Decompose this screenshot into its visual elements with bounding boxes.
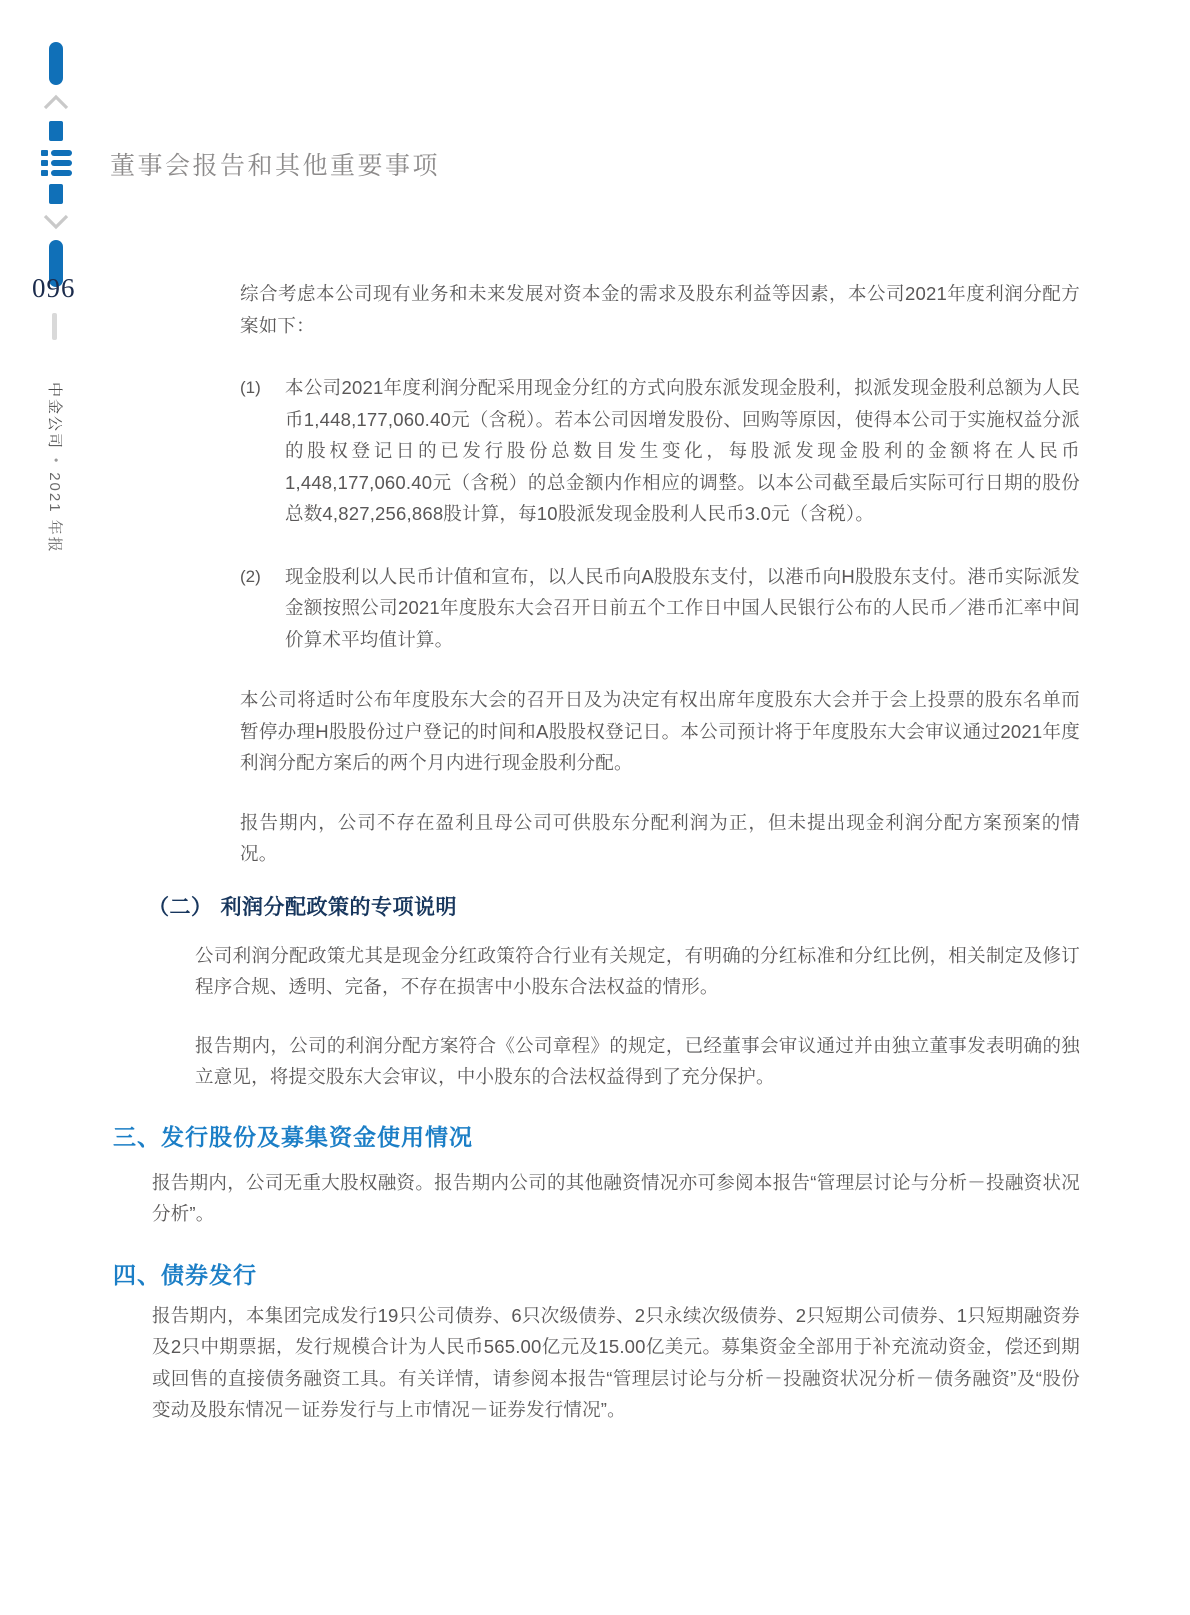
chevron-down-icon	[42, 213, 70, 231]
sidebar-top-bar	[49, 42, 63, 85]
section-2-heading: （二） 利润分配政策的专项说明	[148, 893, 1080, 923]
main-content: 综合考虑本公司现有业务和未来发展对资本金的需求及股东利益等因素，本公司2021年…	[113, 278, 1080, 1426]
page-number-tick	[52, 313, 57, 340]
report-edition: 2021 年报	[46, 472, 63, 554]
list-line	[51, 150, 72, 156]
brand-name: 中金公司	[46, 382, 63, 450]
sidebar-square-bottom	[49, 184, 63, 204]
section-4-paragraph: 报告期内，本集团完成发行19只公司债券、6只次级债券、2只永续次级债券、2只短期…	[152, 1300, 1080, 1426]
section-3-heading: 三、发行股份及募集资金使用情况	[113, 1120, 1080, 1154]
list-line	[51, 170, 72, 176]
section-4-heading: 四、债券发行	[113, 1258, 1080, 1292]
list-bullet	[41, 150, 48, 156]
list-line	[51, 160, 72, 166]
section-2-paragraph-1: 公司利润分配政策尤其是现金分红政策符合行业有关规定，有明确的分红标准和分红比例，…	[195, 940, 1080, 1003]
item-1-marker: (1)	[240, 372, 285, 530]
list-icon-row	[41, 170, 72, 176]
section-3-paragraph: 报告期内，公司无重大股权融资。报告期内公司的其他融资情况亦可参阅本报告“管理层讨…	[152, 1167, 1080, 1230]
numbered-item-2: (2) 现金股利以人民币计值和宣布，以人民币向A股股东支付，以港币向H股股东支付…	[240, 561, 1080, 656]
list-icon-row	[41, 160, 72, 166]
agm-paragraph: 本公司将适时公布年度股东大会的召开日及为决定有权出席年度股东大会并于会上投票的股…	[240, 684, 1080, 779]
page-number: 096	[32, 273, 76, 304]
list-icon-row	[41, 150, 72, 156]
item-2-text: 现金股利以人民币计值和宣布，以人民币向A股股东支付，以港币向H股股东支付。港币实…	[285, 561, 1080, 656]
chevron-up-icon	[42, 93, 70, 111]
numbered-item-1: (1) 本公司2021年度利润分配采用现金分红的方式向股东派发现金股利，拟派发现…	[240, 372, 1080, 530]
list-bullet	[41, 160, 48, 166]
brand-vertical-text: 中金公司•2021 年报	[45, 382, 66, 554]
item-2-marker: (2)	[240, 561, 285, 656]
chapter-title: 董事会报告和其他重要事项	[110, 146, 440, 182]
intro-paragraph: 综合考虑本公司现有业务和未来发展对资本金的需求及股东利益等因素，本公司2021年…	[240, 278, 1080, 341]
section-2-title: 利润分配政策的专项说明	[221, 893, 458, 923]
item-1-text: 本公司2021年度利润分配采用现金分红的方式向股东派发现金股利，拟派发现金股利总…	[285, 372, 1080, 530]
list-icon	[41, 150, 72, 176]
brand-separator-dot: •	[49, 458, 63, 464]
list-bullet	[41, 170, 48, 176]
section-2-paragraph-2: 报告期内，公司的利润分配方案符合《公司章程》的规定，已经董事会审议通过并由独立董…	[195, 1030, 1080, 1093]
section-2-marker: （二）	[148, 893, 213, 923]
report-period-paragraph: 报告期内，公司不存在盈利且母公司可供股东分配利润为正，但未提出现金利润分配方案预…	[240, 807, 1080, 870]
annual-report-page: 096 中金公司•2021 年报 董事会报告和其他重要事项 综合考虑本公司现有业…	[0, 0, 1190, 1615]
sidebar-square-top	[49, 121, 63, 141]
